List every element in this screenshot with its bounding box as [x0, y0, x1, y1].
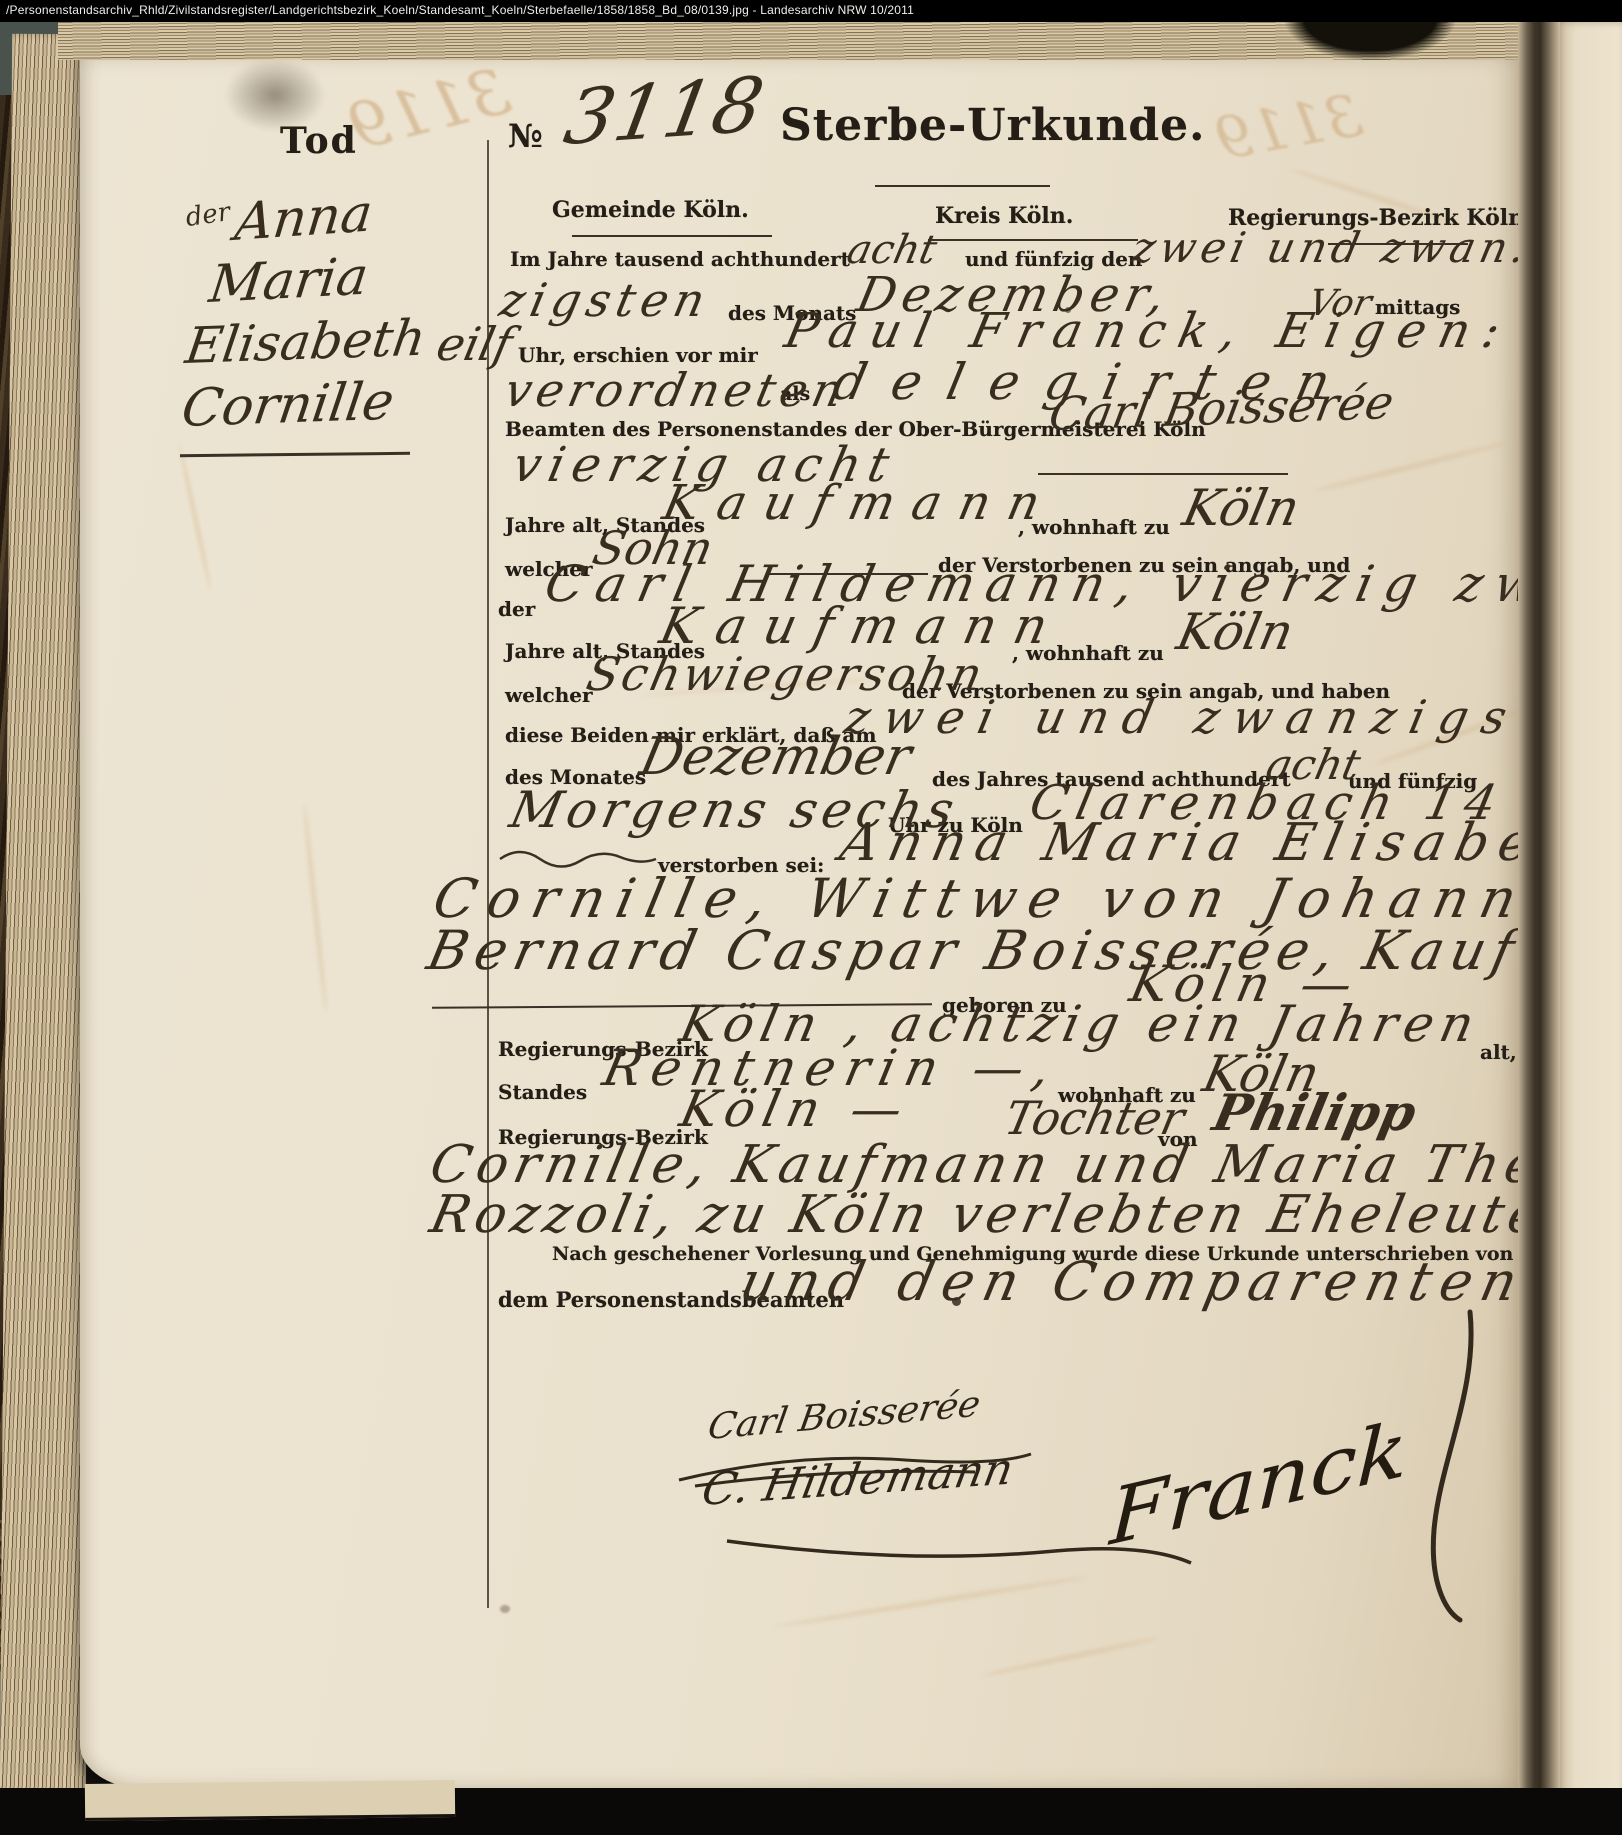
file-path-text: /Personenstandsarchiv_Rhld/Zivilstandsre… [6, 3, 914, 17]
body-handwritten: und den Comparenten [735, 1250, 1532, 1313]
viewer-titlebar: /Personenstandsarchiv_Rhld/Zivilstandsre… [0, 0, 1622, 22]
number-label: № [508, 117, 543, 155]
bleedthrough-script [177, 443, 212, 591]
margin-name-line: Elisabeth [182, 309, 429, 375]
body-handwritten: Rozzoli, zu Köln verlebten Eheleuten. [425, 1185, 1611, 1245]
body-printed: Standes [498, 1080, 587, 1104]
bleedthrough-number: 3119 [341, 54, 517, 165]
body-handwritten: Anna Maria Elisabeth [835, 813, 1620, 873]
body-handwritten: Köln [1172, 603, 1299, 661]
certificate-title: Sterbe-Urkunde. [780, 100, 1205, 151]
field-kreis: Kreis Köln. [935, 203, 1073, 229]
body-handwritten: Philipp [1208, 1083, 1421, 1142]
blank-dash [1038, 473, 1288, 475]
foxing-dot [500, 1605, 510, 1613]
body-printed: der [498, 597, 535, 621]
bleedthrough-script [302, 802, 328, 1011]
body-handwritten: Kaufmann [658, 475, 1063, 531]
body-handwritten: verordneten [500, 363, 853, 417]
body-printed: alt, [1480, 1040, 1517, 1064]
death-certificate-page: 3119 3119 Tod der Anna Maria Elisabeth C… [80, 45, 1518, 1790]
page-bottom-sliver [85, 1780, 455, 1821]
margin-name-line: Cornille [178, 372, 398, 439]
margin-name-underline [180, 452, 410, 457]
body-handwritten: Carl Boisserée [1045, 375, 1398, 441]
kreis-underline [928, 239, 1138, 241]
title-underline [875, 185, 1050, 187]
margin-name-line: Anna [232, 184, 375, 253]
body-handwritten: Köln [1178, 479, 1305, 537]
bleedthrough-number: 3119 [1210, 81, 1367, 174]
body-handwritten: Bernard Caspar Boisserée, Kaufmann [422, 919, 1622, 982]
body-handwritten: zwei und zwanzigsten [840, 690, 1622, 744]
gemeinde-underline [572, 235, 772, 237]
body-printed: welcher [505, 683, 593, 707]
body-handwritten: Dezember [635, 727, 917, 787]
margin-article: der [184, 197, 232, 233]
bleedthrough-script [1312, 441, 1507, 493]
certificate-number: 3118 [558, 60, 770, 162]
body-printed: Im Jahre tausend achthundert [510, 247, 850, 271]
facing-page-sliver [1556, 22, 1622, 1810]
book-gutter [1518, 20, 1560, 1810]
flourish-descender [1400, 1310, 1480, 1630]
margin-name-line: Maria [206, 247, 371, 315]
archive-scan-viewer: /Personenstandsarchiv_Rhld/Zivilstandsre… [0, 0, 1622, 1835]
body-handwritten: zwei und zwan: [1128, 223, 1537, 272]
margin-heading-tod: Tod [280, 120, 358, 162]
body-handwritten: Köln — [675, 1080, 916, 1138]
body-handwritten: Paul Franck, Eigen: [780, 303, 1518, 359]
bleedthrough-script [772, 1575, 1089, 1629]
field-gemeinde: Gemeinde Köln. [552, 197, 749, 223]
body-handwritten: eilf [432, 317, 517, 371]
bleedthrough-script [982, 1636, 1159, 1677]
signature-boisseree: Carl Boisserée [705, 1384, 983, 1448]
signature-franck: Franck [1108, 1404, 1409, 1563]
body-handwritten: zigsten [495, 273, 716, 327]
